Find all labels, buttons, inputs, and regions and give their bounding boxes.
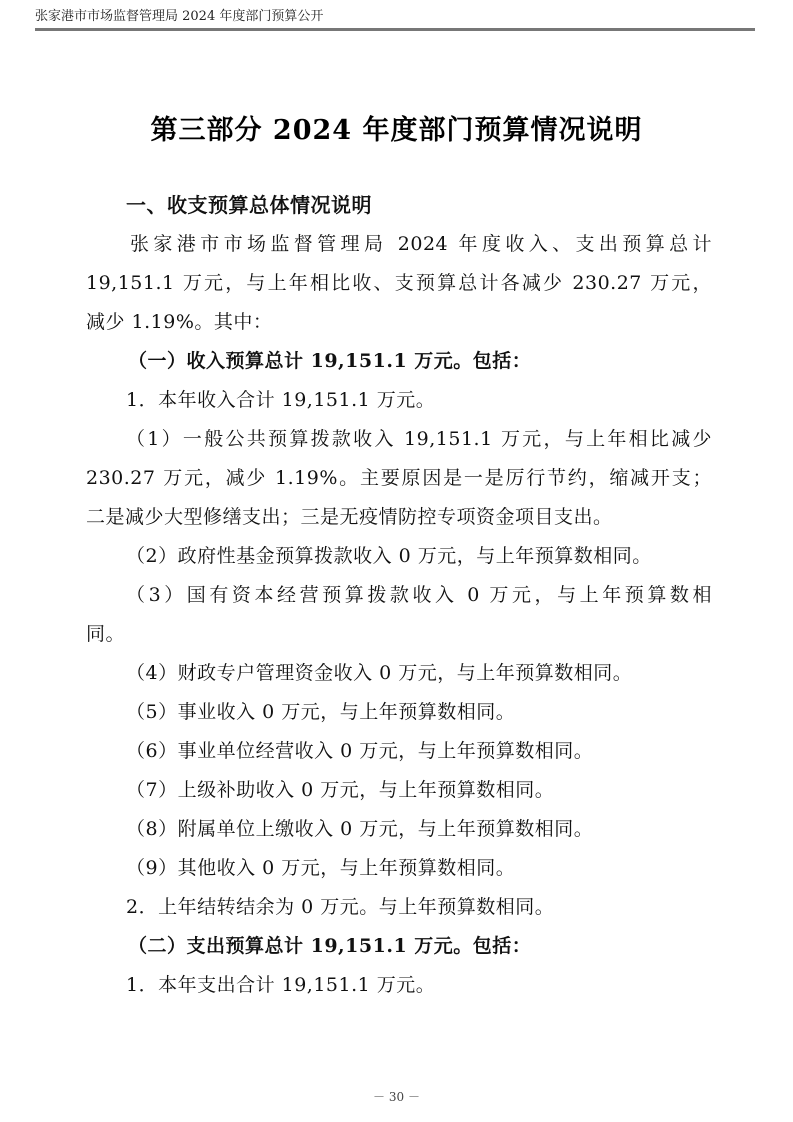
- income-item-4: （4）财政专户管理资金收入 0 万元，与上年预算数相同。: [86, 654, 712, 693]
- income-item-9: （9）其他收入 0 万元，与上年预算数相同。: [86, 849, 712, 888]
- income-item-7: （7）上级补助收入 0 万元，与上年预算数相同。: [86, 771, 712, 810]
- page-number: － 30 －: [0, 1088, 793, 1105]
- subsection-heading-income: （一）收入预算总计 19,151.1 万元。包括：: [86, 342, 712, 381]
- section-heading: 一、收支预算总体情况说明: [86, 186, 712, 225]
- income-item-1: （1）一般公共预算拨款收入 19,151.1 万元，与上年相比减少: [86, 420, 712, 459]
- document-body: 一、收支预算总体情况说明 张家港市市场监督管理局 2024 年度收入、支出预算总…: [86, 186, 712, 1005]
- income-item-2: （2）政府性基金预算拨款收入 0 万元，与上年预算数相同。: [86, 537, 712, 576]
- income-item-8: （8）附属单位上缴收入 0 万元，与上年预算数相同。: [86, 810, 712, 849]
- running-header: 张家港市市场监督管理局 2024 年度部门预算公开: [35, 8, 755, 31]
- income-item-5: （5）事业收入 0 万元，与上年预算数相同。: [86, 693, 712, 732]
- page-title: 第三部分 2024 年度部门预算情况说明: [0, 108, 793, 147]
- income-item-3-cont: 同。: [86, 615, 712, 654]
- paragraph-line: 减少 1.19%。其中：: [86, 303, 712, 342]
- income-total: 1．本年收入合计 19,151.1 万元。: [86, 381, 712, 420]
- income-item-6: （6）事业单位经营收入 0 万元，与上年预算数相同。: [86, 732, 712, 771]
- income-item-3: （3）国有资本经营预算拨款收入 0 万元，与上年预算数相: [86, 576, 712, 615]
- expense-total: 1．本年支出合计 19,151.1 万元。: [86, 966, 712, 1005]
- paragraph-line: 张家港市市场监督管理局 2024 年度收入、支出预算总计: [86, 225, 712, 264]
- paragraph-line: 19,151.1 万元，与上年相比收、支预算总计各减少 230.27 万元，: [86, 264, 712, 303]
- income-item-1-cont: 二是减少大型修缮支出；三是无疫情防控专项资金项目支出。: [86, 498, 712, 537]
- subsection-heading-expense: （二）支出预算总计 19,151.1 万元。包括：: [86, 927, 712, 966]
- carryover-line: 2．上年结转结余为 0 万元。与上年预算数相同。: [86, 888, 712, 927]
- income-item-1-cont: 230.27 万元，减少 1.19%。主要原因是一是厉行节约，缩减开支；: [86, 459, 712, 498]
